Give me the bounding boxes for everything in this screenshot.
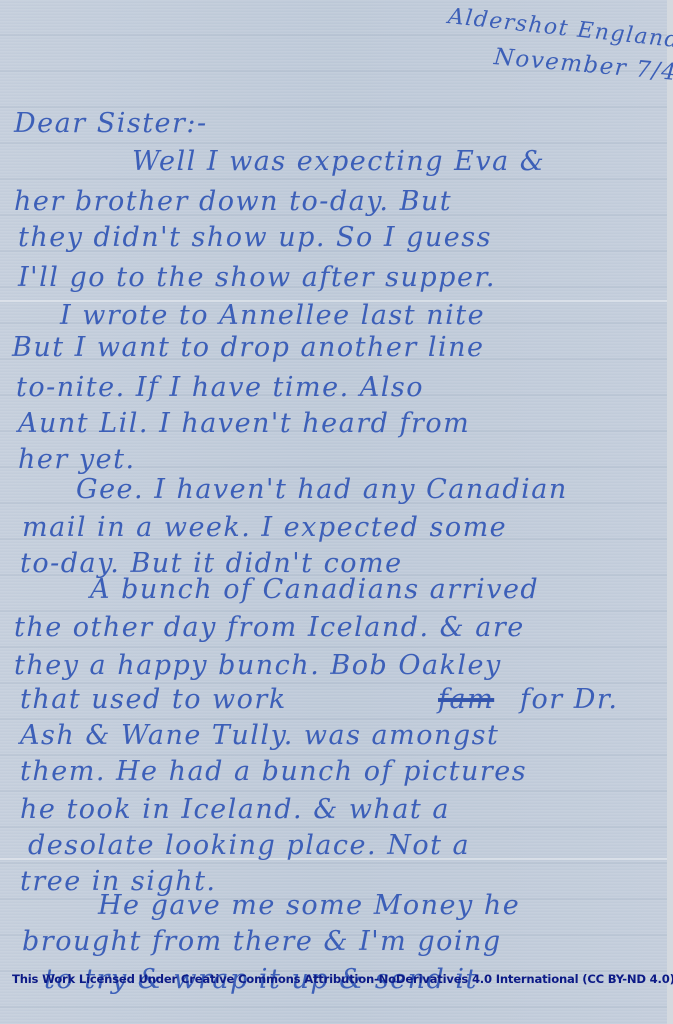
letter-line: her brother down to-day. But [14, 186, 452, 217]
letter-line: desolate looking place. Not a [28, 830, 470, 861]
letter-line: Ash & Wane Tully. was amongst [20, 720, 499, 751]
paper-edge [667, 0, 673, 1024]
letter-page: Aldershot England November 7/40 Dear Sis… [0, 0, 673, 1024]
letter-line: mail in a week. I expected some [22, 512, 507, 543]
letter-line: he took in Iceland. & what a [20, 794, 450, 825]
letter-date: November 7/40 [493, 44, 673, 87]
letter-line: they didn't show up. So I guess [18, 222, 492, 253]
letter-line: Gee. I haven't had any Canadian [76, 474, 568, 505]
letter-line: for Dr. [520, 684, 618, 715]
letter-line: But I want to drop another line [12, 332, 485, 363]
letter-line: He gave me some Money he [98, 890, 520, 921]
letter-salutation: Dear Sister:- [14, 108, 208, 139]
letter-line: I wrote to Annellee last nite [60, 300, 485, 331]
letter-line: to-nite. If I have time. Also [16, 372, 424, 403]
license-notice: This Work Licensed Under Creative Common… [12, 972, 673, 986]
letter-line: them. He had a bunch of pictures [20, 756, 527, 787]
letter-line: her yet. [18, 444, 136, 475]
letter-line: they a happy bunch. Bob Oakley [14, 650, 502, 681]
letter-line: A bunch of Canadians arrived [90, 574, 539, 605]
letter-line: Aunt Lil. I haven't heard from [18, 408, 470, 439]
letter-line: I'll go to the show after supper. [18, 262, 496, 293]
letter-line: that used to work [20, 684, 287, 715]
letter-line: Well I was expecting Eva & [132, 146, 545, 177]
letter-location: Aldershot England [447, 4, 673, 53]
letter-line: brought from there & I'm going [22, 926, 502, 957]
crossed-out-word: fam [438, 684, 494, 715]
letter-line: the other day from Iceland. & are [14, 612, 525, 643]
